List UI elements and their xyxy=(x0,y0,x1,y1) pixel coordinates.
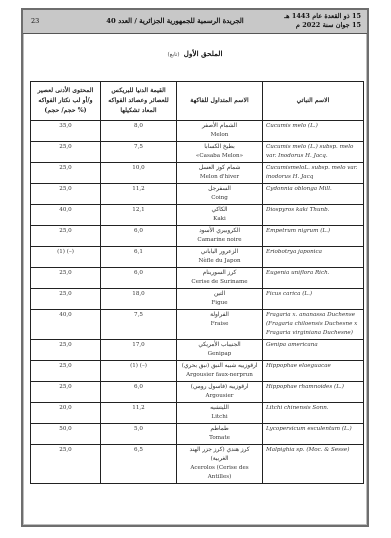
table-row: 25,0 6,0 ارقوزييه (فاسول رومي) Argousier… xyxy=(31,382,364,403)
table-header-row: المحتوى الأدنى لعصير و/أو لب نكتار الفوا… xyxy=(31,82,364,121)
table-row: 20,0 11,2 الليتشيه Litchi Litchi chinens… xyxy=(31,403,364,424)
common-name-cell: طماطم Tomate xyxy=(177,424,263,445)
brix-cell: 17,0 xyxy=(101,340,177,361)
brix-value: 7,5 xyxy=(134,312,143,318)
min-content-cell: 40,0 xyxy=(31,310,101,340)
common-name-french: Argousier faux-nerprun xyxy=(180,371,259,380)
table-row: 25,0 6,0 الكروبيري الأسود Camarine noire… xyxy=(31,226,364,247)
annex-title-text: الملحق الأول xyxy=(184,49,223,58)
common-name-arabic: الكاكي xyxy=(180,206,259,215)
common-name-french: Figue xyxy=(180,299,259,308)
common-name-cell: التين Figue xyxy=(177,289,263,310)
common-name-cell: السفرجل Coing xyxy=(177,184,263,205)
common-name-french: Camarine noire xyxy=(180,236,259,245)
botanical-name-cell: Cydonnia oblonga Mill. xyxy=(263,184,364,205)
botanical-name-cell: Fragaria x. ananassa Duchense (Fragaria … xyxy=(263,310,364,340)
botanical-name: Hippophae elaeguacae xyxy=(266,363,331,369)
botanical-name: Cucumis melo (L.) xyxy=(266,123,318,129)
common-name-arabic: بطيخ الكسابا xyxy=(180,143,259,152)
common-name-arabic: التين xyxy=(180,290,259,299)
min-content-cell: 25,0 xyxy=(31,184,101,205)
brix-value: 18,0 xyxy=(132,291,144,297)
brix-value: 6,0 xyxy=(134,384,143,390)
brix-cell: 12,1 xyxy=(101,205,177,226)
common-name-french: Melon xyxy=(180,131,259,140)
botanical-name: Cydonnia oblonga Mill. xyxy=(266,186,332,192)
botanical-name: Eriobotrya japonica xyxy=(266,249,322,255)
botanical-name-cell: Hippophae elaeguacae xyxy=(263,361,364,382)
min-content-value: 25,0 xyxy=(59,228,71,234)
common-name-cell: الفراولة Fraise xyxy=(177,310,263,340)
header-date: 15 ذو القعدة عام 1443 هـ 15 جوان سنة 202… xyxy=(284,12,361,30)
brix-cell: 8,0 xyxy=(101,121,177,142)
botanical-name: Hippophae rhamnoides (L.) xyxy=(266,384,344,390)
col-min-brix: القيمة الدنيا للبريكس للعصائر وعصائد الف… xyxy=(101,82,177,121)
col-common-name: الاسم المتداول للفاكهة xyxy=(177,82,263,121)
common-name-arabic: ارقوزييه شبيه النبق (نبق بحري) xyxy=(180,362,259,371)
botanical-name: Eugenia uniflora Rich. xyxy=(266,270,329,276)
botanical-name-cell: CucumismeloL. subsp. melo var. inodorus … xyxy=(263,163,364,184)
brix-cell: 6,0 xyxy=(101,268,177,289)
common-name-arabic: الشمام الأصفر xyxy=(180,122,259,131)
brix-value: 6,1 xyxy=(134,249,143,255)
botanical-name-cell: Cucumis melo (L.) xyxy=(263,121,364,142)
brix-cell: 18,0 xyxy=(101,289,177,310)
min-content-cell: 25,0 xyxy=(31,361,101,382)
min-content-value: 25,0 xyxy=(59,291,71,297)
common-name-french: Fraise xyxy=(180,320,259,329)
common-name-arabic: الزعرور الياباني xyxy=(180,248,259,257)
gazette-title: الجريدة الرسمية للجمهورية الجزائرية / ال… xyxy=(93,17,257,25)
brix-cell: 7,5 xyxy=(101,310,177,340)
common-name-cell: الزعرور الياباني Nèfle du Japon xyxy=(177,247,263,268)
brix-value: 5,0 xyxy=(134,426,143,432)
botanical-name: Diospyros kaki Thunb. xyxy=(266,207,330,213)
botanical-name: Lycopersicum esculentum (L.) xyxy=(266,426,352,432)
botanical-name-cell: Eugenia uniflora Rich. xyxy=(263,268,364,289)
common-name-arabic: الجنيباب الأمريكي xyxy=(180,341,259,350)
table-row: 25,0 18,0 التين Figue Ficus carica (L.) xyxy=(31,289,364,310)
botanical-name-cell: Lycopersicum esculentum (L.) xyxy=(263,424,364,445)
brix-cell: 6,5 xyxy=(101,445,177,484)
common-name-french: Acerolos (Cerise des Antilles) xyxy=(180,464,259,482)
common-name-french: Melon d'hiver xyxy=(180,173,259,182)
brix-cell: 11,2 xyxy=(101,184,177,205)
brix-value: 17,0 xyxy=(132,342,144,348)
botanical-name-cell: Eriobotrya japonica xyxy=(263,247,364,268)
common-name-cell: كرز السورينام Cerise de Suriname xyxy=(177,268,263,289)
common-name-arabic: ارقوزييه (فاسول رومي) xyxy=(180,383,259,392)
brix-cell: (1) (–) xyxy=(101,361,177,382)
botanical-name-cell: Ficus carica (L.) xyxy=(263,289,364,310)
table-row: 35,0 8,0 الشمام الأصفر Melon Cucumis mel… xyxy=(31,121,364,142)
date-gregorian: 15 جوان سنة 2022 م xyxy=(284,21,361,30)
common-name-cell: بطيخ الكسابا «Casaba Melon» xyxy=(177,142,263,163)
min-content-value: 25,0 xyxy=(59,270,71,276)
brix-value: (1) (–) xyxy=(130,363,147,369)
botanical-name-cell: Litchi chinensis Sonn. xyxy=(263,403,364,424)
min-content-value: 40,0 xyxy=(59,312,71,318)
min-content-cell: 25,0 xyxy=(31,289,101,310)
common-name-arabic: شمام كوز العسل xyxy=(180,164,259,173)
min-content-value: 20,0 xyxy=(59,405,71,411)
min-content-cell: 25,0 xyxy=(31,445,101,484)
botanical-name: CucumismeloL. subsp. melo var. inodorus … xyxy=(266,165,358,180)
page-frame: 15 ذو القعدة عام 1443 هـ 15 جوان سنة 202… xyxy=(21,8,369,527)
annex-continued: (تابع) xyxy=(168,52,180,58)
min-content-value: 25,0 xyxy=(59,342,71,348)
botanical-name: Malpighia sp. (Moc. & Sesse) xyxy=(266,447,349,453)
common-name-cell: ارقوزييه (فاسول رومي) Argousier xyxy=(177,382,263,403)
min-content-value: 40,0 xyxy=(59,207,71,213)
botanical-name: Litchi chinensis Sonn. xyxy=(266,405,329,411)
min-content-cell: 25,0 xyxy=(31,226,101,247)
min-content-value: 25,0 xyxy=(59,165,71,171)
brix-value: 11,2 xyxy=(132,405,144,411)
brix-value: 8,0 xyxy=(134,123,143,129)
min-content-value: 25,0 xyxy=(59,363,71,369)
common-name-french: Tomate xyxy=(180,434,259,443)
brix-cell: 5,0 xyxy=(101,424,177,445)
table-row: 50,0 5,0 طماطم Tomate Lycopersicum escul… xyxy=(31,424,364,445)
botanical-name-cell: Cucumis melo (L.) subsp. melo var. Inodo… xyxy=(263,142,364,163)
botanical-name: Cucumis melo (L.) subsp. melo var. Inodo… xyxy=(266,144,353,159)
brix-cell: 6,0 xyxy=(101,226,177,247)
brix-cell: 7,5 xyxy=(101,142,177,163)
common-name-arabic: الكروبيري الأسود xyxy=(180,227,259,236)
botanical-name-cell: Diospyros kaki Thunb. xyxy=(263,205,364,226)
common-name-cell: الكاكي Kaki xyxy=(177,205,263,226)
brix-value: 11,2 xyxy=(132,186,144,192)
col-min-content: المحتوى الأدنى لعصير و/أو لب نكتار الفوا… xyxy=(31,82,101,121)
table-row: 40,0 7,5 الفراولة Fraise Fragaria x. ana… xyxy=(31,310,364,340)
min-content-value: (1) (–) xyxy=(57,249,74,255)
min-content-cell: (1) (–) xyxy=(31,247,101,268)
fruit-juice-table: المحتوى الأدنى لعصير و/أو لب نكتار الفوا… xyxy=(30,81,364,484)
gazette-header: 15 ذو القعدة عام 1443 هـ 15 جوان سنة 202… xyxy=(23,10,367,34)
min-content-cell: 25,0 xyxy=(31,382,101,403)
min-content-cell: 25,0 xyxy=(31,142,101,163)
common-name-cell: الكروبيري الأسود Camarine noire xyxy=(177,226,263,247)
common-name-cell: ارقوزييه شبيه النبق (نبق بحري) Argousier… xyxy=(177,361,263,382)
min-content-value: 25,0 xyxy=(59,186,71,192)
date-hijri: 15 ذو القعدة عام 1443 هـ xyxy=(284,12,361,21)
table-row: 25,0 10,0 شمام كوز العسل Melon d'hiver C… xyxy=(31,163,364,184)
min-content-cell: 40,0 xyxy=(31,205,101,226)
min-content-value: 25,0 xyxy=(59,384,71,390)
table-row: 40,0 12,1 الكاكي Kaki Diospyros kaki Thu… xyxy=(31,205,364,226)
botanical-name-cell: Genipa americana xyxy=(263,340,364,361)
min-content-cell: 50,0 xyxy=(31,424,101,445)
table-row: 25,0 11,2 السفرجل Coing Cydonnia oblonga… xyxy=(31,184,364,205)
botanical-name: Genipa americana xyxy=(266,342,318,348)
table-row: 25,0 7,5 بطيخ الكسابا «Casaba Melon» Cuc… xyxy=(31,142,364,163)
common-name-french: Coing xyxy=(180,194,259,203)
botanical-name: Fragaria x. ananassa Duchense (Fragaria … xyxy=(266,312,357,336)
brix-cell: 11,2 xyxy=(101,403,177,424)
common-name-cell: شمام كوز العسل Melon d'hiver xyxy=(177,163,263,184)
common-name-french: «Casaba Melon» xyxy=(180,152,259,161)
brix-value: 6,0 xyxy=(134,270,143,276)
col-botanical-name: الاسم النباتي xyxy=(263,82,364,121)
annex-title: الملحق الأول (تابع) xyxy=(23,49,367,58)
min-content-cell: 25,0 xyxy=(31,340,101,361)
brix-cell: 6,1 xyxy=(101,247,177,268)
min-content-cell: 35,0 xyxy=(31,121,101,142)
common-name-arabic: كرز السورينام xyxy=(180,269,259,278)
brix-value: 6,0 xyxy=(134,228,143,234)
table-row: 25,0 17,0 الجنيباب الأمريكي Genipap Geni… xyxy=(31,340,364,361)
botanical-name-cell: Malpighia sp. (Moc. & Sesse) xyxy=(263,445,364,484)
common-name-cell: الليتشيه Litchi xyxy=(177,403,263,424)
botanical-name-cell: Empetrum nigrum (L.) xyxy=(263,226,364,247)
brix-value: 12,1 xyxy=(132,207,144,213)
table-row: 25,0 6,5 كرز هندي (كرز جزر الهند الغربية… xyxy=(31,445,364,484)
common-name-french: Argousier xyxy=(180,392,259,401)
brix-cell: 6,0 xyxy=(101,382,177,403)
brix-value: 7,5 xyxy=(134,144,143,150)
common-name-french: Nèfle du Japon xyxy=(180,257,259,266)
common-name-cell: الجنيباب الأمريكي Genipap xyxy=(177,340,263,361)
min-content-cell: 25,0 xyxy=(31,163,101,184)
common-name-cell: الشمام الأصفر Melon xyxy=(177,121,263,142)
min-content-value: 35,0 xyxy=(59,123,71,129)
common-name-french: Genipap xyxy=(180,350,259,359)
brix-cell: 10,0 xyxy=(101,163,177,184)
common-name-arabic: السفرجل xyxy=(180,185,259,194)
min-content-value: 50,0 xyxy=(59,426,71,432)
botanical-name-cell: Hippophae rhamnoides (L.) xyxy=(263,382,364,403)
common-name-arabic: كرز هندي (كرز جزر الهند الغربية) xyxy=(180,446,259,464)
min-content-cell: 25,0 xyxy=(31,268,101,289)
brix-value: 6,5 xyxy=(134,447,143,453)
min-content-value: 25,0 xyxy=(59,144,71,150)
table-row: 25,0 (1) (–) ارقوزييه شبيه النبق (نبق بح… xyxy=(31,361,364,382)
botanical-name: Empetrum nigrum (L.) xyxy=(266,228,330,234)
common-name-arabic: طماطم xyxy=(180,425,259,434)
common-name-french: Cerise de Suriname xyxy=(180,278,259,287)
common-name-french: Litchi xyxy=(180,413,259,422)
common-name-french: Kaki xyxy=(180,215,259,224)
common-name-arabic: الفراولة xyxy=(180,311,259,320)
botanical-name: Ficus carica (L.) xyxy=(266,291,312,297)
table-row: (1) (–) 6,1 الزعرور الياباني Nèfle du Ja… xyxy=(31,247,364,268)
min-content-cell: 20,0 xyxy=(31,403,101,424)
table-row: 25,0 6,0 كرز السورينام Cerise de Surinam… xyxy=(31,268,364,289)
common-name-arabic: الليتشيه xyxy=(180,404,259,413)
common-name-cell: كرز هندي (كرز جزر الهند الغربية) Acerolo… xyxy=(177,445,263,484)
min-content-value: 25,0 xyxy=(59,447,71,453)
brix-value: 10,0 xyxy=(132,165,144,171)
page-number: 23 xyxy=(31,17,39,25)
